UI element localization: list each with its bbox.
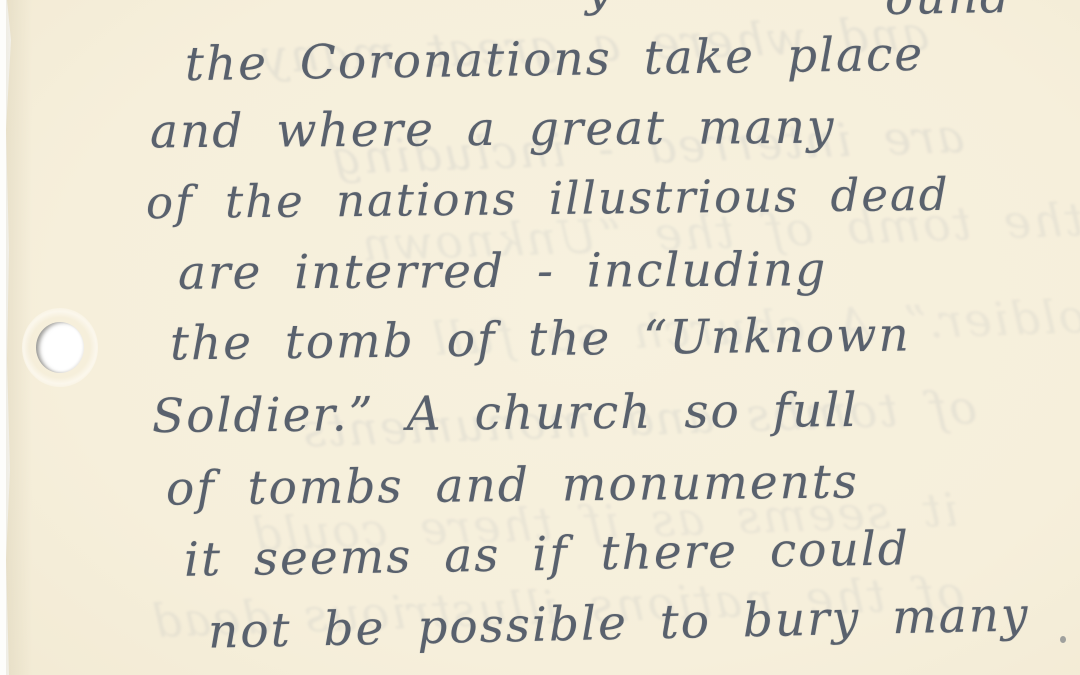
handwriting-line: of the nations illustrious dead xyxy=(146,168,950,229)
scanned-letter: and where a great many are interred - in… xyxy=(0,0,1080,675)
handwriting-line: of tombs and monuments xyxy=(166,454,859,516)
handwriting-line: the Coronations take place xyxy=(185,27,925,92)
handwriting-line: it seems as if there could xyxy=(184,521,911,587)
handwriting-line: and where a great many xyxy=(150,100,836,160)
handwriting-layer: y ound the Coronations take place and wh… xyxy=(0,0,1080,675)
handwriting-line: not be possible to bury many xyxy=(208,587,1031,659)
handwriting-line-fragment: y xyxy=(584,0,614,17)
handwriting-line-fragment: ound xyxy=(885,0,1013,26)
ink-speck xyxy=(1060,636,1066,643)
letter-paper: and where a great many are interred - in… xyxy=(0,0,1080,675)
punch-hole xyxy=(36,322,84,373)
handwriting-line: Soldier.” A church so full xyxy=(152,383,859,444)
handwriting-line: are interred - including xyxy=(178,242,828,300)
handwriting-line: the tomb of the “Unknown xyxy=(170,307,911,371)
